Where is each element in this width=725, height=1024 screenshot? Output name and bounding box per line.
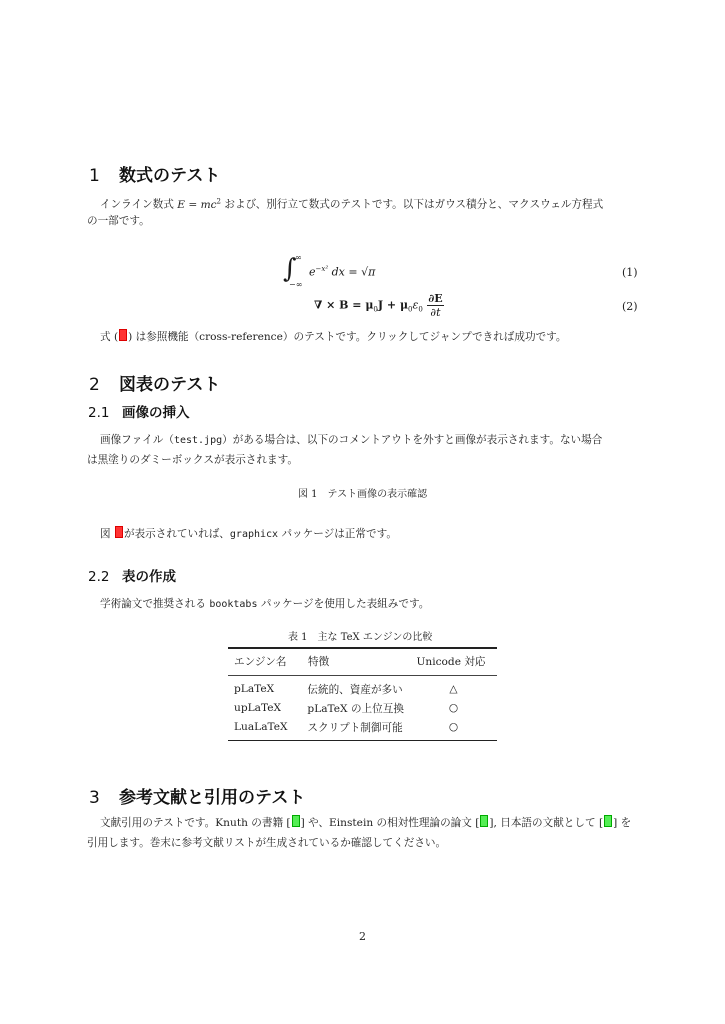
text: ) は参照機能（cross-reference）のテストです。クリックしてジャン…	[128, 331, 566, 343]
cell-engine: pLaTeX	[228, 680, 301, 699]
figure-reference-paragraph: 図 が表示されていれば、graphicx パッケージは正常です。	[100, 524, 397, 545]
text: ] や、Einstein の相対性理論の論文 [	[301, 817, 480, 829]
equation-2: ∇ × B = μ0J + μ0ε0 ∂E ∂t	[314, 292, 444, 319]
figure-link-1[interactable]	[115, 526, 123, 538]
text: および、別行立て数式のテストです。以下はガウス積分と、マクスウェル方程式	[221, 199, 603, 211]
fraction-denominator: ∂t	[427, 306, 443, 319]
integrand-exponent: −x²	[316, 265, 329, 273]
cell-unicode: △	[410, 680, 497, 699]
table-bottom-rule	[228, 740, 497, 742]
text: パッケージは正常です。	[278, 528, 397, 540]
header-engine: エンジン名	[228, 652, 302, 671]
subsection-title: 表の作成	[122, 569, 176, 585]
section-3-heading: 3参考文献と引用のテスト	[89, 783, 305, 808]
subsection-2-1-heading: 2.1画像の挿入	[88, 401, 190, 421]
text: 文献引用のテストです。Knuth の書籍 [	[100, 817, 291, 829]
fraction: ∂E ∂t	[427, 292, 443, 319]
table-row: LuaLaTeX スクリプト制御可能 ○	[228, 718, 497, 737]
text: 図	[100, 528, 114, 540]
table-header: エンジン名 特徴 Unicode 対応	[228, 652, 497, 671]
page-number: 2	[359, 930, 366, 943]
inline-math: E = mc2	[177, 199, 221, 211]
inline-math-body: E = mc	[177, 199, 216, 211]
header-unicode: Unicode 対応	[405, 652, 497, 671]
equation-2-part-a: ∇ × B = μ	[314, 299, 373, 312]
section-3-paragraph-line-1: 文献引用のテストです。Knuth の書籍 [] や、Einstein の相対性理…	[100, 813, 631, 833]
text: インライン数式	[100, 199, 177, 211]
cell-unicode: ○	[410, 718, 497, 737]
subsection-number: 2.1	[88, 405, 122, 421]
subsection-title: 画像の挿入	[122, 405, 190, 421]
text: ] を	[613, 817, 631, 829]
equation-2-number: (2)	[622, 300, 638, 313]
section-3-paragraph-line-2: 引用します。巻末に参考文献リストが生成されているか確認してください。	[87, 833, 446, 853]
section-2-heading: 2図表のテスト	[89, 370, 220, 395]
table-header-row: エンジン名 特徴 Unicode 対応	[228, 652, 497, 671]
table-caption: 表 1 主な TeX エンジンの比較	[288, 628, 432, 643]
table-mid-rule	[228, 675, 497, 676]
section-1-paragraph-line-2: の一部です。	[87, 211, 150, 231]
subsection-2-1-paragraph-line-2: は黒塗りのダミーボックスが表示されます。	[87, 450, 298, 470]
section-number: 2	[89, 375, 115, 395]
fraction-numerator: ∂E	[427, 292, 443, 306]
text: パッケージを使用した表組みです。	[257, 598, 429, 610]
cell-engine: upLaTeX	[228, 699, 301, 718]
text: 学術論文で推奨される	[100, 598, 209, 610]
text: が表示されていれば、	[124, 528, 230, 540]
cell-feature: pLaTeX の上位互換	[301, 699, 410, 718]
integrand: e−x² dx = √π	[309, 265, 375, 279]
text: 画像ファイル（	[100, 434, 174, 446]
subsection-2-1-paragraph-line-1: 画像ファイル（test.jpg）がある場合は、以下のコメントアウトを外すと画像が…	[100, 430, 602, 451]
subscript: 0	[418, 306, 422, 314]
cell-engine: LuaLaTeX	[228, 718, 301, 737]
header-feature: 特徴	[302, 652, 405, 671]
code-package: graphicx	[230, 529, 278, 540]
section-title: 数式のテスト	[119, 166, 220, 186]
code-package: booktabs	[209, 599, 257, 610]
subsection-2-2-heading: 2.2表の作成	[88, 565, 176, 585]
cell-unicode: ○	[410, 699, 497, 718]
cell-feature: スクリプト制御可能	[301, 718, 410, 737]
section-1-paragraph-line-1: インライン数式 E = mc2 および、別行立て数式のテストです。以下はガウス積…	[100, 191, 603, 215]
text: ）がある場合は、以下のコメントアウトを外すと画像が表示されます。ない場合	[222, 434, 602, 446]
equation-reference-paragraph: 式 () は参照機能（cross-reference）のテストです。クリックして…	[100, 327, 566, 347]
citation-link-3[interactable]	[604, 815, 612, 827]
section-1-heading: 1数式のテスト	[89, 161, 220, 186]
integrand-tail: dx = √π	[328, 266, 375, 279]
table-top-rule	[228, 647, 497, 649]
equation-1-number: (1)	[622, 266, 638, 279]
comparison-table: エンジン名 特徴 Unicode 対応 pLaTeX 伝統的、資産が多い △ u…	[228, 647, 497, 741]
code-filename: test.jpg	[174, 435, 222, 446]
citation-link-1[interactable]	[480, 815, 488, 827]
equation-link-1[interactable]	[119, 329, 127, 341]
text: 式 (	[100, 331, 118, 343]
citation-link-2[interactable]	[292, 815, 300, 827]
text: ], 日本語の文献として [	[489, 817, 603, 829]
integral-lower-limit: −∞	[289, 280, 302, 289]
section-title: 参考文献と引用のテスト	[119, 788, 305, 808]
table-row: pLaTeX 伝統的、資産が多い △	[228, 680, 497, 699]
section-title: 図表のテスト	[119, 375, 220, 395]
section-number: 1	[89, 166, 115, 186]
figure-caption: 図 1 テスト画像の表示確認	[298, 485, 427, 500]
cell-feature: 伝統的、資産が多い	[301, 680, 410, 699]
table-body: pLaTeX 伝統的、資産が多い △ upLaTeX pLaTeX の上位互換 …	[228, 680, 497, 737]
section-number: 3	[89, 788, 115, 808]
integral-upper-limit: ∞	[295, 253, 302, 262]
subsection-2-2-paragraph: 学術論文で推奨される booktabs パッケージを使用した表組みです。	[100, 594, 429, 615]
subsection-number: 2.2	[88, 569, 122, 585]
equation-2-part-b: J + μ	[378, 299, 408, 312]
table-row: upLaTeX pLaTeX の上位互換 ○	[228, 699, 497, 718]
